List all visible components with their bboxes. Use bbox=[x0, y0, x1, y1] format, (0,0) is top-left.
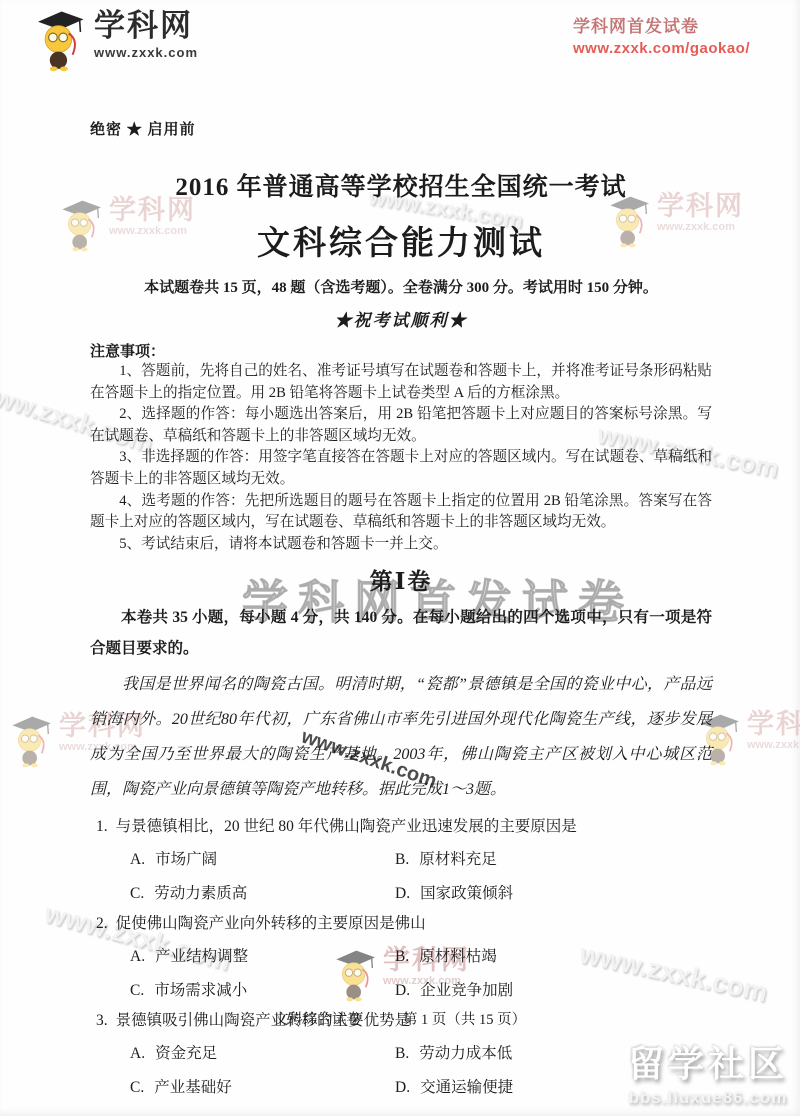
classification-line: 绝密 ★ 启用前 bbox=[90, 118, 712, 139]
option-a: A.市场广阔 bbox=[130, 849, 395, 870]
brand-name: 学科网 bbox=[94, 10, 198, 43]
brand-url: www.zxxk.com bbox=[94, 45, 198, 60]
exam-page-scan: 学科网 www.zxxk.com 学科网 www.zxxk.com www.zx… bbox=[0, 0, 800, 1116]
question-stem: 1.与景德镇相比，20 世纪 80 年代佛山陶瓷产业迅速发展的主要原因是 bbox=[90, 816, 712, 838]
header-right-banner: 学科网首发试卷 www.zxxk.com/gaokao/ bbox=[573, 12, 750, 57]
question-text: 与景德镇相比，20 世纪 80 年代佛山陶瓷产业迅速发展的主要原因是 bbox=[116, 818, 577, 835]
option-c: C.市场需求减小 bbox=[130, 980, 395, 1001]
section-instructions: 本卷共 35 小题，每小题 4 分，共 140 分。在每小题给出的四个选项中，只… bbox=[90, 602, 712, 664]
reading-passage: 我国是世界闻名的陶瓷古国。明清时期，“瓷都”景德镇是全国的瓷业中心，产品远销海内… bbox=[90, 667, 712, 807]
question-number: 2. bbox=[96, 913, 108, 935]
section-title: 第Ⅰ卷 bbox=[90, 563, 712, 596]
option-d: D.交通运输便捷 bbox=[395, 1077, 712, 1098]
option-a: A.产业结构调整 bbox=[130, 946, 395, 967]
option-b: B.原材料充足 bbox=[395, 849, 712, 870]
wish-line: ★祝考试顺利★ bbox=[90, 306, 712, 331]
question-text: 促使佛山陶瓷产业向外转移的主要原因是佛山 bbox=[116, 915, 426, 932]
notes-heading: 注意事项： bbox=[90, 340, 712, 361]
note-item-3: 3、非选择题的作答：用签字笔直接答在答题卡上对应的答题区域内。写在试题卷、草稿纸… bbox=[90, 447, 712, 490]
option-c: C.劳动力素质高 bbox=[130, 883, 395, 904]
question-options: A.产业结构调整 B.原材料枯竭 C.市场需求减小 D.企业竞争加剧 bbox=[90, 946, 712, 1001]
gaokao-url: www.zxxk.com/gaokao/ bbox=[573, 40, 750, 57]
option-d: D.企业竞争加剧 bbox=[395, 980, 712, 1001]
note-item-4: 4、选考题的作答：先把所选题目的题号在答题卡上指定的位置用 2B 铅笔涂黑。答案… bbox=[90, 491, 712, 534]
footer-paper-name: 文科综合试卷 bbox=[274, 1012, 361, 1028]
question-options: A.市场广阔 B.原材料充足 C.劳动力素质高 D.国家政策倾斜 bbox=[90, 849, 712, 904]
exam-info-line: 本试题卷共 15 页，48 题（含选考题）。全卷满分 300 分。考试用时 15… bbox=[90, 276, 712, 297]
note-item-2: 2、选择题的作答：每小题选出答案后，用 2B 铅笔把答题卡上对应题目的答案标号涂… bbox=[90, 404, 712, 447]
owl-graduate-icon bbox=[32, 6, 88, 72]
option-a: A.资金充足 bbox=[130, 1043, 395, 1064]
note-item-5: 5、考试结束后，请将本试题卷和答题卡一并上交。 bbox=[90, 534, 712, 556]
exam-subtitle: 文科综合能力测试 bbox=[90, 217, 712, 264]
option-d: D.国家政策倾斜 bbox=[395, 883, 712, 904]
question-number: 1. bbox=[96, 816, 108, 838]
question-2: 2.促使佛山陶瓷产业向外转移的主要原因是佛山 A.产业结构调整 B.原材料枯竭 … bbox=[90, 913, 712, 1001]
note-item-1: 1、答题前，先将自己的姓名、准考证号填写在试题卷和答题卡上，并将准考证号条形码粘… bbox=[90, 361, 712, 404]
document-body: 绝密 ★ 启用前 2016 年普通高等学校招生全国统一考试 文科综合能力测试 本… bbox=[90, 118, 712, 1098]
question-1: 1.与景德镇相比，20 世纪 80 年代佛山陶瓷产业迅速发展的主要原因是 A.市… bbox=[90, 816, 712, 904]
exam-title: 2016 年普通高等学校招生全国统一考试 bbox=[90, 167, 712, 203]
option-b: B.劳动力成本低 bbox=[395, 1043, 712, 1064]
question-stem: 2.促使佛山陶瓷产业向外转移的主要原因是佛山 bbox=[90, 913, 712, 935]
page-footer: 文科综合试卷第 1 页（共 15 页） bbox=[0, 1008, 800, 1029]
zxxk-logo: 学科网 www.zxxk.com bbox=[32, 6, 198, 72]
owl-graduate-icon bbox=[8, 712, 54, 768]
option-b: B.原材料枯竭 bbox=[395, 946, 712, 967]
first-release-label: 学科网首发试卷 bbox=[573, 12, 750, 37]
question-options: A.资金充足 B.劳动力成本低 C.产业基础好 D.交通运输便捷 bbox=[90, 1043, 712, 1098]
footer-page-number: 第 1 页（共 15 页） bbox=[403, 1012, 526, 1028]
option-c: C.产业基础好 bbox=[130, 1077, 395, 1098]
